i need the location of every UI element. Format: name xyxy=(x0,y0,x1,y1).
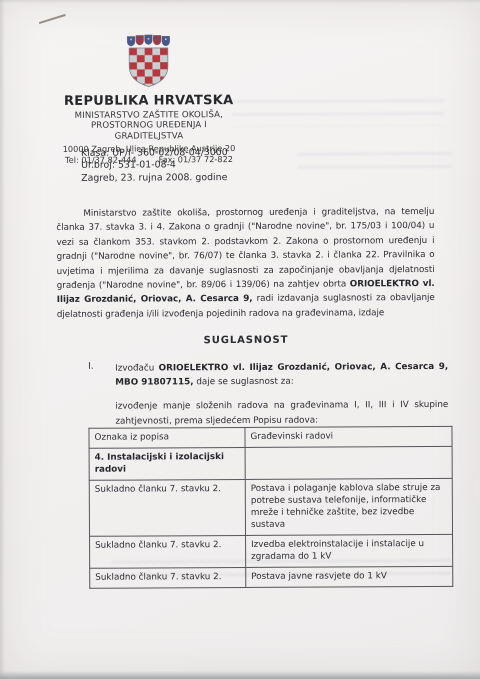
ink-bleedthrough-artifact xyxy=(297,149,452,178)
table-section-row: 4. Instalacijski i izolacijski radovi xyxy=(89,446,452,480)
pencil-mark-artifact xyxy=(39,14,66,24)
intro-paragraph: Ministarstvo zaštite okoliša, prostornog… xyxy=(56,205,435,322)
table-row: Sukladno članku 7. stavku 2. Izvedba ele… xyxy=(90,534,453,568)
state-title: REPUBLIKA HRVATSKA xyxy=(37,93,261,109)
works-table: Oznaka iz popisa Građevinski radovi 4. I… xyxy=(88,426,453,589)
scan-edge-shadow xyxy=(0,0,480,4)
letterhead: REPUBLIKA HRVATSKA MINISTARSTVO ZAŠTITE … xyxy=(36,33,261,165)
klasa-line: Klasa: UP/I- 360-02/08-04/3000 xyxy=(81,147,228,160)
reference-block: Klasa: UP/I- 360-02/08-04/3000 Ur.broj: … xyxy=(81,147,228,185)
table-header-radovi: Građevinski radovi xyxy=(245,426,452,447)
document-title: SUGLASNOST xyxy=(57,334,435,347)
scan-edge-shadow xyxy=(0,0,5,679)
arms-crown xyxy=(127,35,170,46)
table-row: Sukladno članku 7. stavku 2. Postava jav… xyxy=(90,566,453,588)
section-empty-cell xyxy=(245,446,452,479)
scanned-document-page: REPUBLIKA HRVATSKA MINISTARSTVO ZAŠTITE … xyxy=(0,0,480,679)
table-row: Sukladno članku 7. stavku 2. Postava i p… xyxy=(89,478,452,536)
table-header-row: Oznaka iz popisa Građevinski radovi xyxy=(89,426,452,448)
ministry-name-line: GRADITELJSTVA xyxy=(37,131,261,143)
place-date-line: Zagreb, 23. rujna 2008. godine xyxy=(81,172,228,185)
item-texts: Izvođaču ORIOELEKTRO vl. Ilijaz Grozdani… xyxy=(115,360,448,429)
item-lead-tail: daje se suglasnost za: xyxy=(194,377,294,388)
scan-edge-shadow xyxy=(0,671,480,679)
works-description-cell: Izvedba elektroinstalacije i instalacije… xyxy=(246,534,453,567)
item-body-paragraph: izvođenje manje složenih radova na građe… xyxy=(115,398,448,428)
table-header-oznaka: Oznaka iz popisa xyxy=(89,427,245,448)
clause-cell: Sukladno članku 7. stavku 2. xyxy=(90,567,246,588)
item-lead-normal: Izvođaču xyxy=(115,363,159,373)
croatian-coat-of-arms-icon xyxy=(119,33,177,89)
works-description-cell: Postava javne rasvjete do 1 kV xyxy=(246,566,453,587)
urbroj-line: Ur.broj: 531-01-08-4 xyxy=(81,159,228,172)
ink-bleedthrough-artifact xyxy=(232,96,444,127)
item-number: I. xyxy=(88,362,94,372)
arms-shield xyxy=(129,48,168,87)
clause-cell: Sukladno članku 7. stavku 2. xyxy=(90,535,246,568)
section-title-cell: 4. Instalacijski i izolacijski radovi xyxy=(89,447,245,480)
item-lead-paragraph: Izvođaču ORIOELEKTRO vl. Ilijaz Grozdani… xyxy=(115,360,448,390)
works-description-cell: Postava i polaganje kablova slabe struje… xyxy=(245,478,452,535)
item-one: I. Izvođaču ORIOELEKTRO vl. Ilijaz Grozd… xyxy=(88,360,448,429)
document-content: REPUBLIKA HRVATSKA MINISTARSTVO ZAŠTITE … xyxy=(0,0,480,679)
clause-cell: Sukladno članku 7. stavku 2. xyxy=(89,479,245,536)
